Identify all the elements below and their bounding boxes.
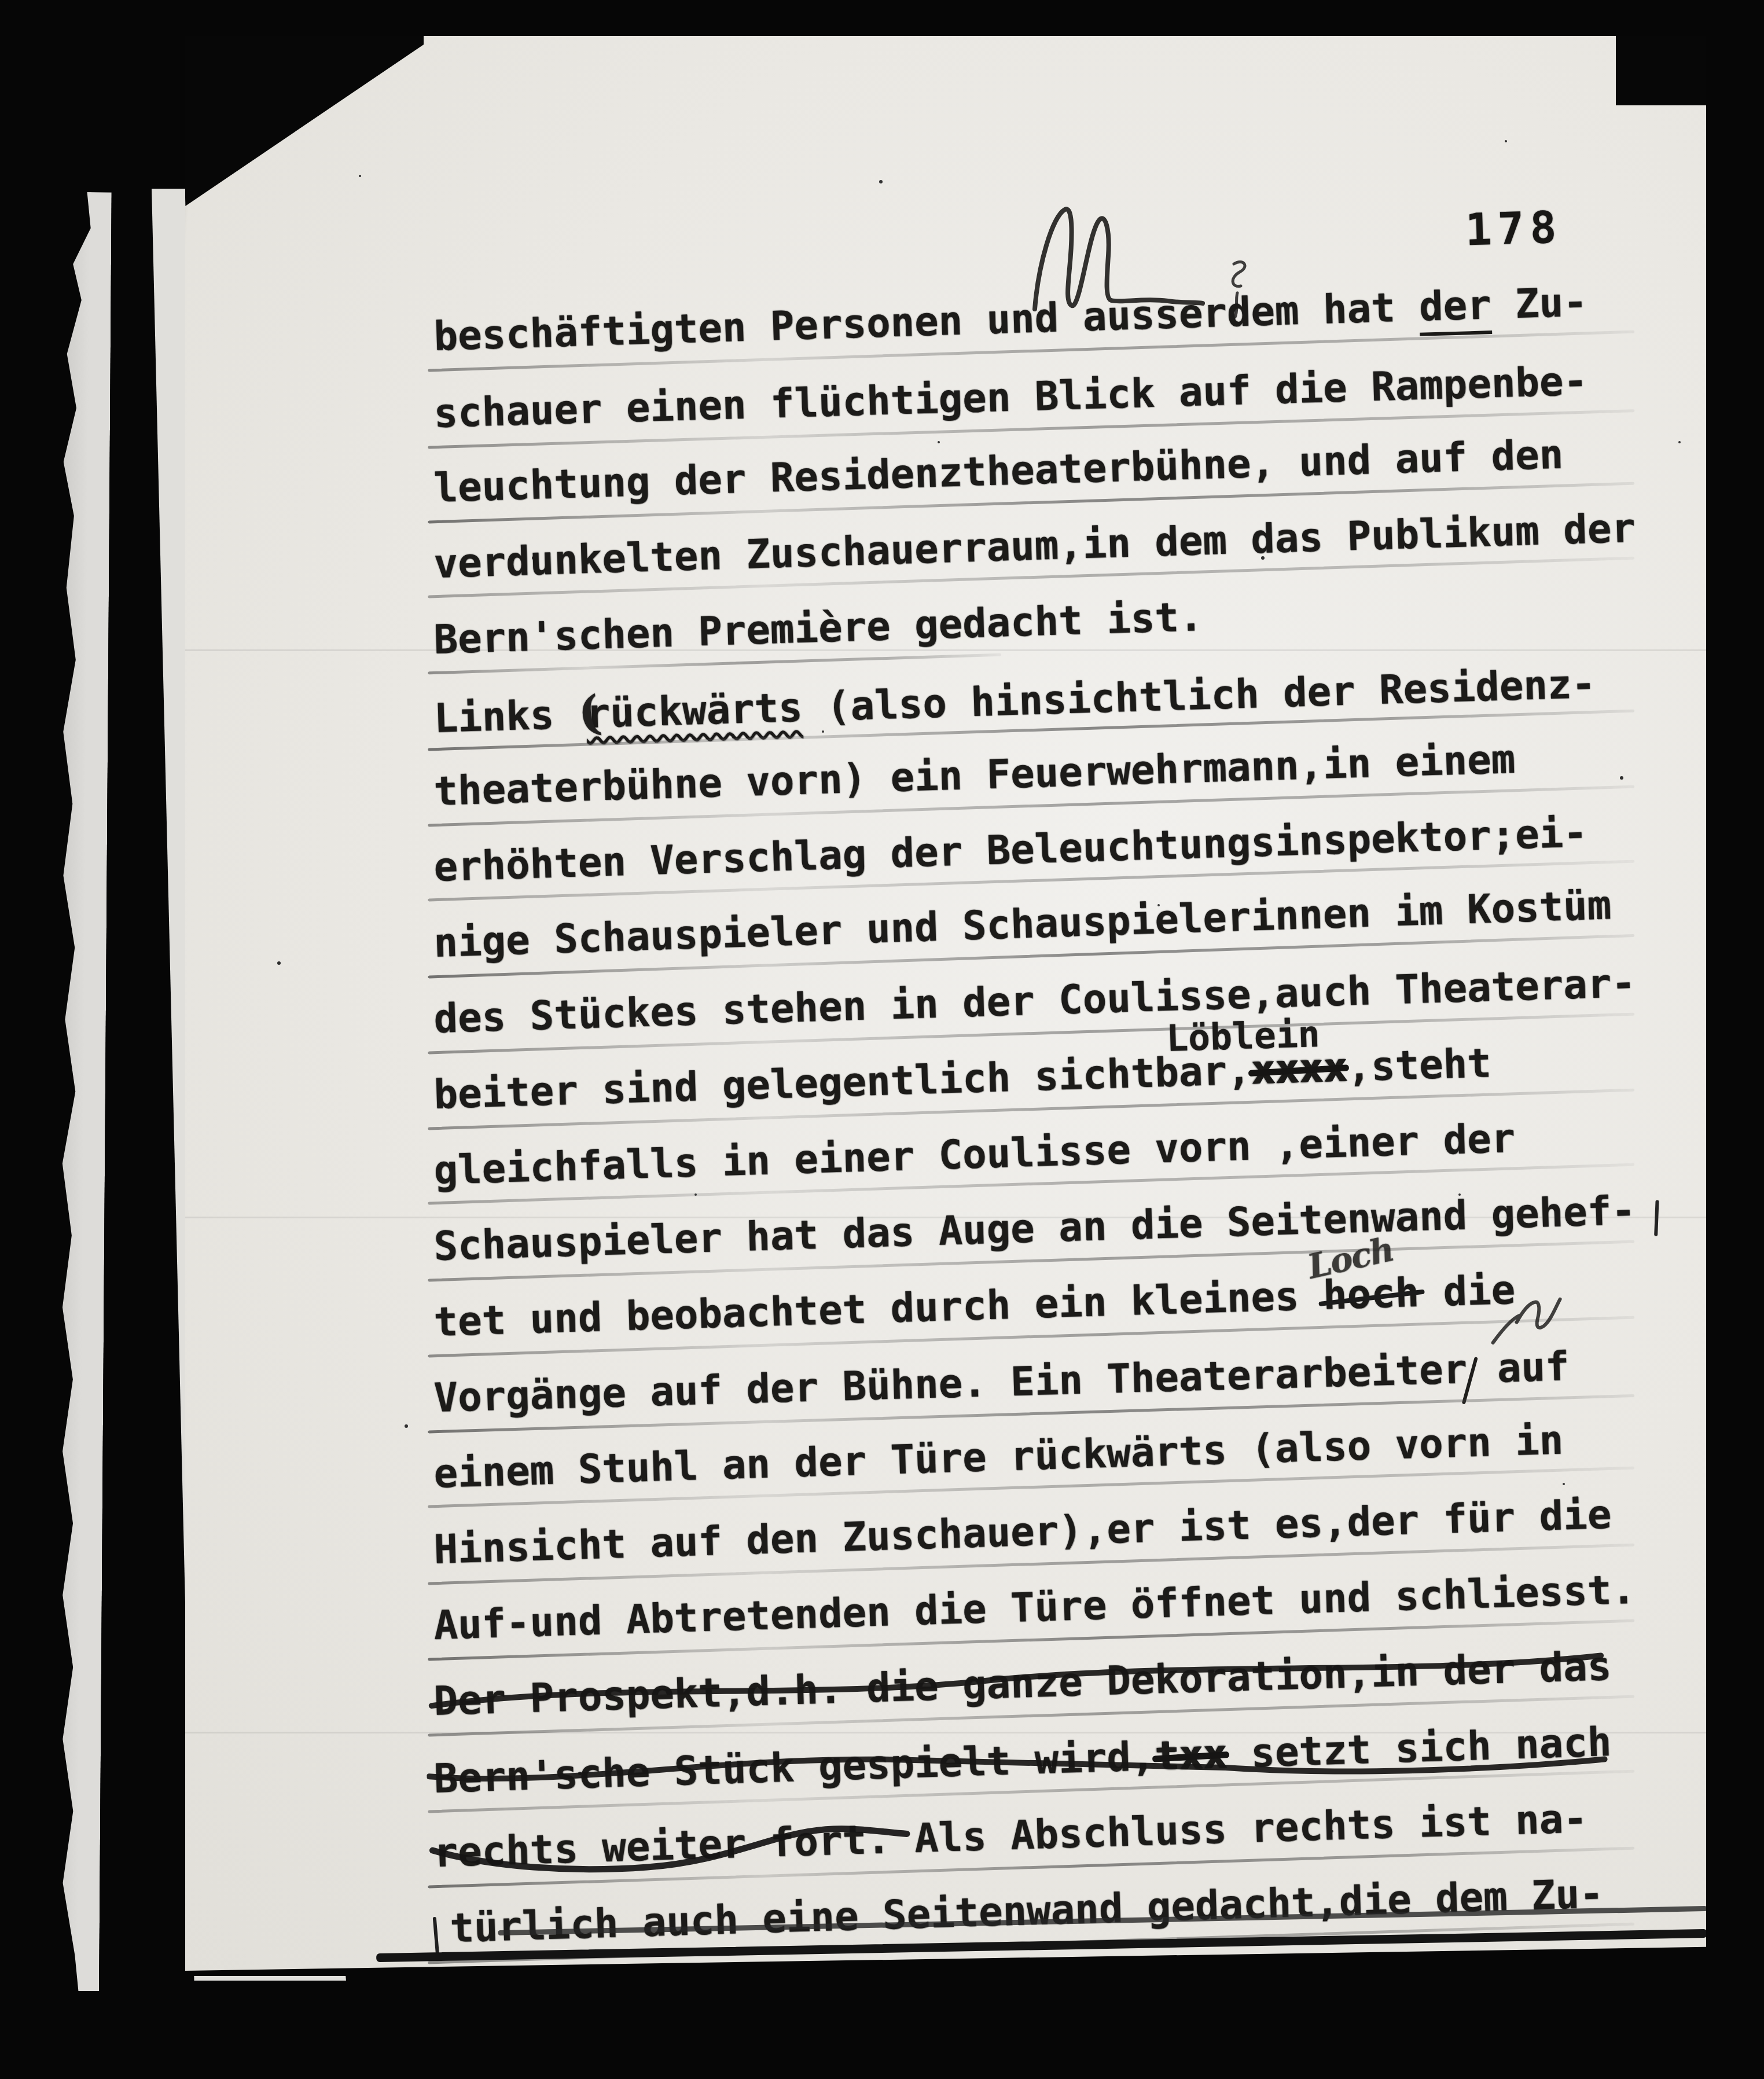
page-binding-edge-line [185,36,192,1976]
manuscript-page: 178 beschäftigten Personen und ausserdem… [185,36,1706,1976]
line-text: setzt sich nach [1226,1719,1612,1777]
line-text: ,steht [1346,1040,1492,1090]
scanned-manuscript-screenshot: { "document": { "kind": "typewritten man… [0,0,1764,2079]
typewritten-text-block: beschäftigten Personen und ausserdem hat… [434,299,1615,1967]
pen-struck-word: hoch [1322,1270,1420,1319]
scan-corner-shadow-top-right [1616,36,1706,105]
wavy-underlined-word: rückwärts [586,685,803,737]
line-text: Links [433,692,579,742]
struck-out-word: xxxx [1250,1045,1347,1094]
underlying-page-torn-edge [45,192,112,1992]
line-text: beiter sind gelegentlich sichtbar, [433,1048,1251,1118]
line-text: Zu- [1490,279,1587,328]
line-text: Bern'schen Première gedacht ist. [433,594,1203,663]
paper-specks [359,175,361,177]
line-text: (also hinsichtlich der Residenz- [802,661,1596,731]
line-text: tet und beobachtet durch ein kleines [433,1273,1324,1346]
underlined-word: der [1418,282,1492,336]
line-text: beschäftigten Personen und ausserdem hat [433,284,1420,360]
handwritten-insertion-squiggle [1486,1291,1569,1376]
page-number: 178 [1465,201,1563,256]
scan-corner-shadow-top-left [185,36,424,206]
struck-out-word: txx [1154,1731,1228,1780]
line-text: Bern'sche Stück gespielt wird, [433,1733,1155,1802]
